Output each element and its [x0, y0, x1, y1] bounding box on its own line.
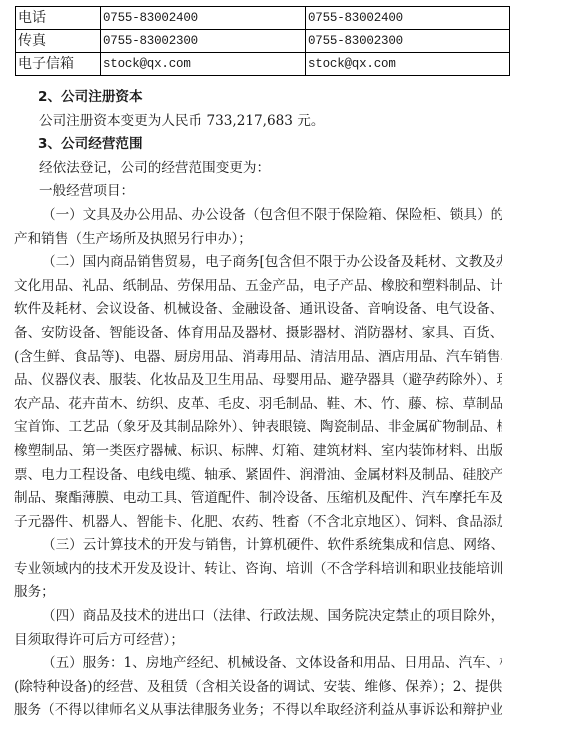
value-before: stock@qx.com: [101, 53, 306, 76]
section-heading-registered-capital: 2、公司注册资本: [14, 86, 502, 110]
paragraph-line: (含生鲜、食品等)、电器、厨房用品、消毒用品、清洁用品、酒店用品、汽车销售、汽车…: [14, 346, 502, 370]
row-label: 电话: [16, 7, 101, 30]
paragraph-line: 橡塑制品、第一类医疗器械、标识、标牌、灯箱、建筑材料、室内装饰材料、出版物、邮: [14, 440, 502, 464]
paragraph-line: 农产品、花卉苗木、纺织、皮革、毛皮、羽毛制品、鞋、木、竹、藤、棕、草制品、金银珠: [14, 393, 502, 417]
general-items-label: 一般经营项目：: [14, 180, 502, 204]
paragraph-line: （五）服务：1、房地产经纪、机械设备、文体设备和用品、日用品、汽车、机电设备: [14, 652, 502, 676]
paragraph-line: 品、仪器仪表、服装、化妆品及卫生用品、母婴用品、避孕器具（避孕药除外）、玩具、初…: [14, 369, 502, 393]
paragraph-line: 软件及耗材、会议设备、机械设备、金融设备、通讯设备、音响设备、电气设备、教学设: [14, 298, 502, 322]
row-label: 传真: [16, 30, 101, 53]
table-row-fax: 传真 0755-83002300 0755-83002300: [16, 30, 510, 53]
table-row-phone: 电话 0755-83002400 0755-83002400: [16, 7, 510, 30]
document-body: 2、公司注册资本 公司注册资本变更为人民币 733,217,683 元。 3、公…: [14, 86, 502, 723]
paragraph-line: 文化用品、礼品、纸制品、劳保用品、五金产品，电子产品、橡胶和塑料制品、计算机硬件: [14, 275, 502, 299]
registered-capital-text: 公司注册资本变更为人民币 733,217,683 元。: [14, 110, 502, 134]
row-label: 电子信箱: [16, 53, 101, 76]
value-before: 0755-83002400: [101, 7, 306, 30]
paragraph-line: 宝首饰、工艺品（象牙及其制品除外）、钟表眼镜、陶瓷制品、非金属矿物制品、橡塑原料…: [14, 416, 502, 440]
paragraph-line: 服务；: [14, 581, 502, 605]
paragraph-line: （三）云计算技术的开发与销售，计算机硬件、软件系统集成和信息、网络、通讯技术: [14, 534, 502, 558]
paragraph-line: 目须取得许可后方可经营）；: [14, 629, 502, 653]
paragraph-line: 备、安防设备、智能设备、体育用品及器材、摄影器材、消防器材、家具、百货、综合零售: [14, 322, 502, 346]
paragraph-line: 专业领域内的技术开发及设计、转让、咨询、培训（不含学科培训和职业技能培训）、销售…: [14, 558, 502, 582]
paragraph-line: 服务（不得以律师名义从事法律服务业务；不得以牟取经济利益从事诉讼和辩护业务）；广: [14, 699, 502, 723]
paragraph-line: （一）文具及办公用品、办公设备（包含但不限于保险箱、保险柜、锁具）的研发、生: [14, 204, 502, 228]
paragraph-line: （四）商品及技术的进出口（法律、行政法规、国务院决定禁止的项目除外，限制的项: [14, 605, 502, 629]
paragraph-line: 制品、聚酯薄膜、电动工具、管道配件、制冷设备、压缩机及配件、汽车摩托车及配件、电: [14, 487, 502, 511]
business-scope-intro: 经依法登记，公司的经营范围变更为：: [14, 157, 502, 181]
value-after: 0755-83002300: [306, 30, 510, 53]
table-row-email: 电子信箱 stock@qx.com stock@qx.com: [16, 53, 510, 76]
paragraph-line: 产和销售（生产场所及执照另行申办）；: [14, 228, 502, 252]
value-after: 0755-83002400: [306, 7, 510, 30]
section-heading-business-scope: 3、公司经营范围: [14, 133, 502, 157]
value-before: 0755-83002300: [101, 30, 306, 53]
paragraph-line: (除特种设备)的经营、及租赁（含相关设备的调试、安装、维修、保养）；2、提供法律…: [14, 676, 502, 700]
paragraph-line: 子元器件、机器人、智能卡、化肥、农药、牲畜（不含北京地区）、饲料、食品添加剂]。: [14, 511, 502, 535]
contact-info-table: 电话 0755-83002400 0755-83002400 传真 0755-8…: [15, 6, 510, 76]
paragraph-line: （二）国内商品销售贸易，电子商务[包含但不限于办公设备及耗材、文教及办公用品、: [14, 251, 502, 275]
paragraph-line: 票、电力工程设备、电线电缆、轴承、紧固件、润滑油、金属材料及制品、硅胶产品、胶粘: [14, 464, 502, 488]
value-after: stock@qx.com: [306, 53, 510, 76]
